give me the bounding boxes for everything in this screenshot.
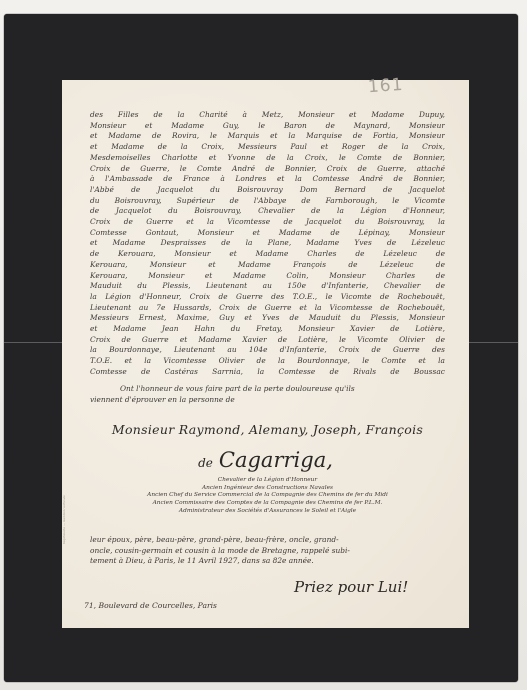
family-line: à l'Ambassade de France à Londres et la … bbox=[90, 174, 445, 185]
deceased-titles: Chevalier de la Légion d'Honneur Ancien … bbox=[90, 477, 445, 516]
family-line: et Madame de Rovira, le Marquis et la Ma… bbox=[90, 131, 445, 142]
family-line: Croix de Guerre et la Vicomtesse de Jacq… bbox=[90, 217, 445, 228]
deceased-given-names: Monsieur Raymond, Alemany, Joseph, Franç… bbox=[90, 422, 445, 437]
deceased-surname-block: deCagarriga, bbox=[62, 448, 469, 472]
family-line: Monsieur et Madame Guy, le Baron de Mayn… bbox=[90, 121, 445, 132]
printer-mark: Imprimerie — mention verticale bbox=[62, 464, 68, 544]
relationship-and-date: leur époux, père, beau-père, grand-père,… bbox=[90, 535, 445, 567]
family-line: du Boisrouvray, Supérieur de l'Abbaye de… bbox=[90, 196, 445, 207]
family-line: Kerouara, Monsieur et Madame Colin, Mons… bbox=[90, 271, 445, 282]
closing-line: oncle, cousin-germain et cousin à la mod… bbox=[90, 546, 445, 557]
family-line: la Bourdonnaye, Lieutenant au 104e d'Inf… bbox=[90, 345, 445, 356]
intro-line: Ont l'honneur de vous faire part de la p… bbox=[90, 384, 445, 395]
intro-line: viennent d'éprouver en la personne de bbox=[90, 395, 445, 406]
title-line: Ancien Chef du Service Commercial de la … bbox=[90, 492, 445, 500]
family-line: Croix de Guerre et Madame Xavier de Loti… bbox=[90, 335, 445, 346]
family-address: 71, Boulevard de Courcelles, Paris bbox=[84, 601, 217, 610]
family-line: Kerouara, Monsieur et Madame François de… bbox=[90, 260, 445, 271]
family-line: la Légion d'Honneur, Croix de Guerre des… bbox=[90, 292, 445, 303]
family-list: des Filles de la Charité à Metz, Monsieu… bbox=[90, 110, 445, 378]
closing-line: tement à Dieu, à Paris, le 11 Avril 1927… bbox=[90, 556, 445, 567]
closing-line: leur époux, père, beau-père, grand-père,… bbox=[90, 535, 445, 546]
family-line: l'Abbé de Jacquelot du Boisrouvray Dom B… bbox=[90, 185, 445, 196]
family-line: Croix de Guerre, le Comte André de Bonni… bbox=[90, 164, 445, 175]
name-particle: de bbox=[198, 456, 213, 470]
deceased-surname: Cagarriga, bbox=[219, 448, 333, 472]
title-line: Administrateur des Sociétés d'Assurances… bbox=[90, 508, 445, 516]
family-line: Mesdemoiselles Charlotte et Yvonne de la… bbox=[90, 153, 445, 164]
announcement-intro: Ont l'honneur de vous faire part de la p… bbox=[90, 384, 445, 405]
handwritten-catalog-number: 161 bbox=[367, 75, 404, 97]
family-line: Lieutenant au 7e Hussards, Croix de Guer… bbox=[90, 303, 445, 314]
title-line: Ancien Ingénieur des Constructions Naval… bbox=[90, 485, 445, 493]
prayer-line: Priez pour Lui! bbox=[294, 578, 408, 596]
family-line: de Jacquelot du Boisrouvray, Chevalier d… bbox=[90, 206, 445, 217]
family-line: Comtesse de Castéras Sarrnia, la Comtess… bbox=[90, 367, 445, 378]
family-line: Messieurs Ernest, Maxime, Guy et Yves de… bbox=[90, 313, 445, 324]
mourning-border-card: 161 Imprimerie — mention verticale des F… bbox=[4, 14, 518, 682]
family-line: Comtesse Gontaut, Monsieur et Madame de … bbox=[90, 228, 445, 239]
family-line: des Filles de la Charité à Metz, Monsieu… bbox=[90, 110, 445, 121]
family-line: et Madame Jean Hahn du Fretay, Monsieur … bbox=[90, 324, 445, 335]
family-line: et Madame de la Croix, Messieurs Paul et… bbox=[90, 142, 445, 153]
title-line: Chevalier de la Légion d'Honneur bbox=[90, 477, 445, 485]
announcement-paper: 161 Imprimerie — mention verticale des F… bbox=[62, 80, 469, 628]
title-line: Ancien Commissaire des Comptes de la Com… bbox=[90, 500, 445, 508]
family-line: T.O.E. et la Vicomtesse Olivier de la Bo… bbox=[90, 356, 445, 367]
family-line: Mauduit du Plessis, Lieutenant au 150e d… bbox=[90, 281, 445, 292]
family-line: de Kerouara, Monsieur et Madame Charles … bbox=[90, 249, 445, 260]
family-line: et Madame Despraisses de la Plane, Madam… bbox=[90, 238, 445, 249]
